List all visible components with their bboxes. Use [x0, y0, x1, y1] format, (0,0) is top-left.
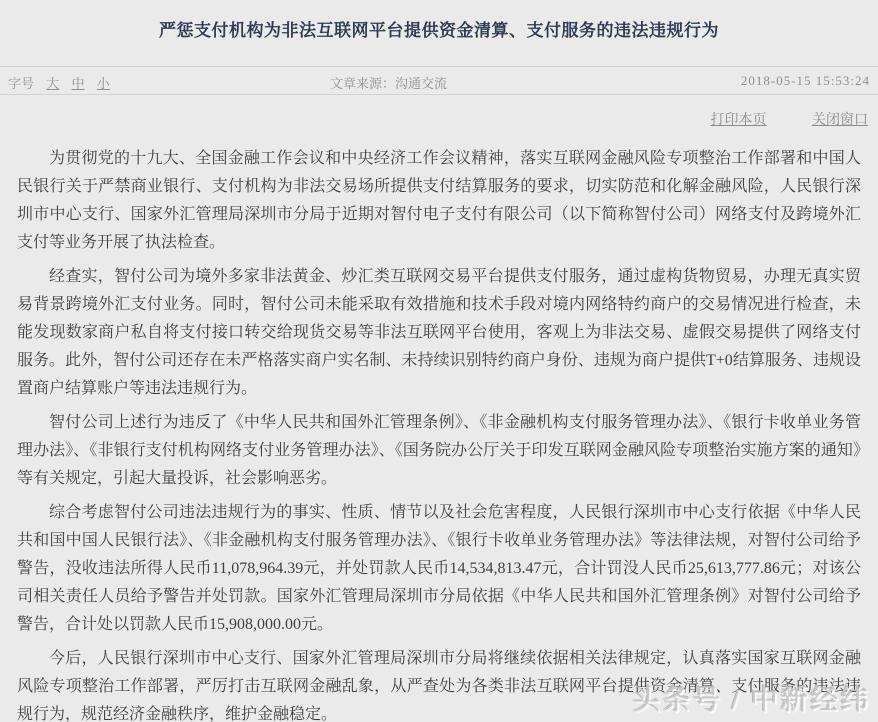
font-size-small-link[interactable]: 小 [97, 76, 110, 91]
font-size-large-link[interactable]: 大 [46, 76, 59, 91]
close-window-link[interactable]: 关闭窗口 [812, 113, 868, 128]
article-paragraph: 智付公司上述行为违反了《中华人民共和国外汇管理条例》、《非金融机构支付服务管理办… [17, 409, 861, 493]
meta-bar: 字号 大 中 小 文章来源：沟通交流 2018-05-15 15:53:24 [0, 66, 878, 95]
publish-datetime: 2018-05-15 15:53:24 [741, 73, 870, 89]
font-size-label: 字号 [8, 76, 34, 91]
article-page: 严惩支付机构为非法互联网平台提供资金清算、支付服务的违法违规行为 字号 大 中 … [0, 0, 878, 722]
article-body: 为贯彻党的十九大、全国金融工作会议和中央经济工作会议精神，落实互联网金融风险专项… [0, 129, 878, 722]
article-paragraph: 综合考虑智付公司违法违规行为的事实、性质、情节以及社会危害程度，人民银行深圳市中… [17, 499, 861, 639]
article-paragraph: 为贯彻党的十九大、全国金融工作会议和中央经济工作会议精神，落实互联网金融风险专项… [17, 145, 861, 257]
watermark: 头条号 / 中新经纬 [632, 678, 870, 718]
font-size-medium-link[interactable]: 中 [72, 76, 85, 91]
font-size-control: 字号 大 中 小 [8, 73, 110, 92]
print-page-link[interactable]: 打印本页 [711, 113, 767, 128]
page-actions: 打印本页 关闭窗口 [0, 95, 878, 129]
source-value: 沟通交流 [395, 76, 447, 91]
page-title: 严惩支付机构为非法互联网平台提供资金清算、支付服务的违法违规行为 [0, 0, 878, 41]
article-paragraph: 经查实，智付公司为境外多家非法黄金、炒汇类互联网交易平台提供支付服务，通过虚构货… [17, 263, 861, 403]
source-label: 文章来源： [330, 76, 395, 91]
article-source: 文章来源：沟通交流 [330, 73, 447, 92]
